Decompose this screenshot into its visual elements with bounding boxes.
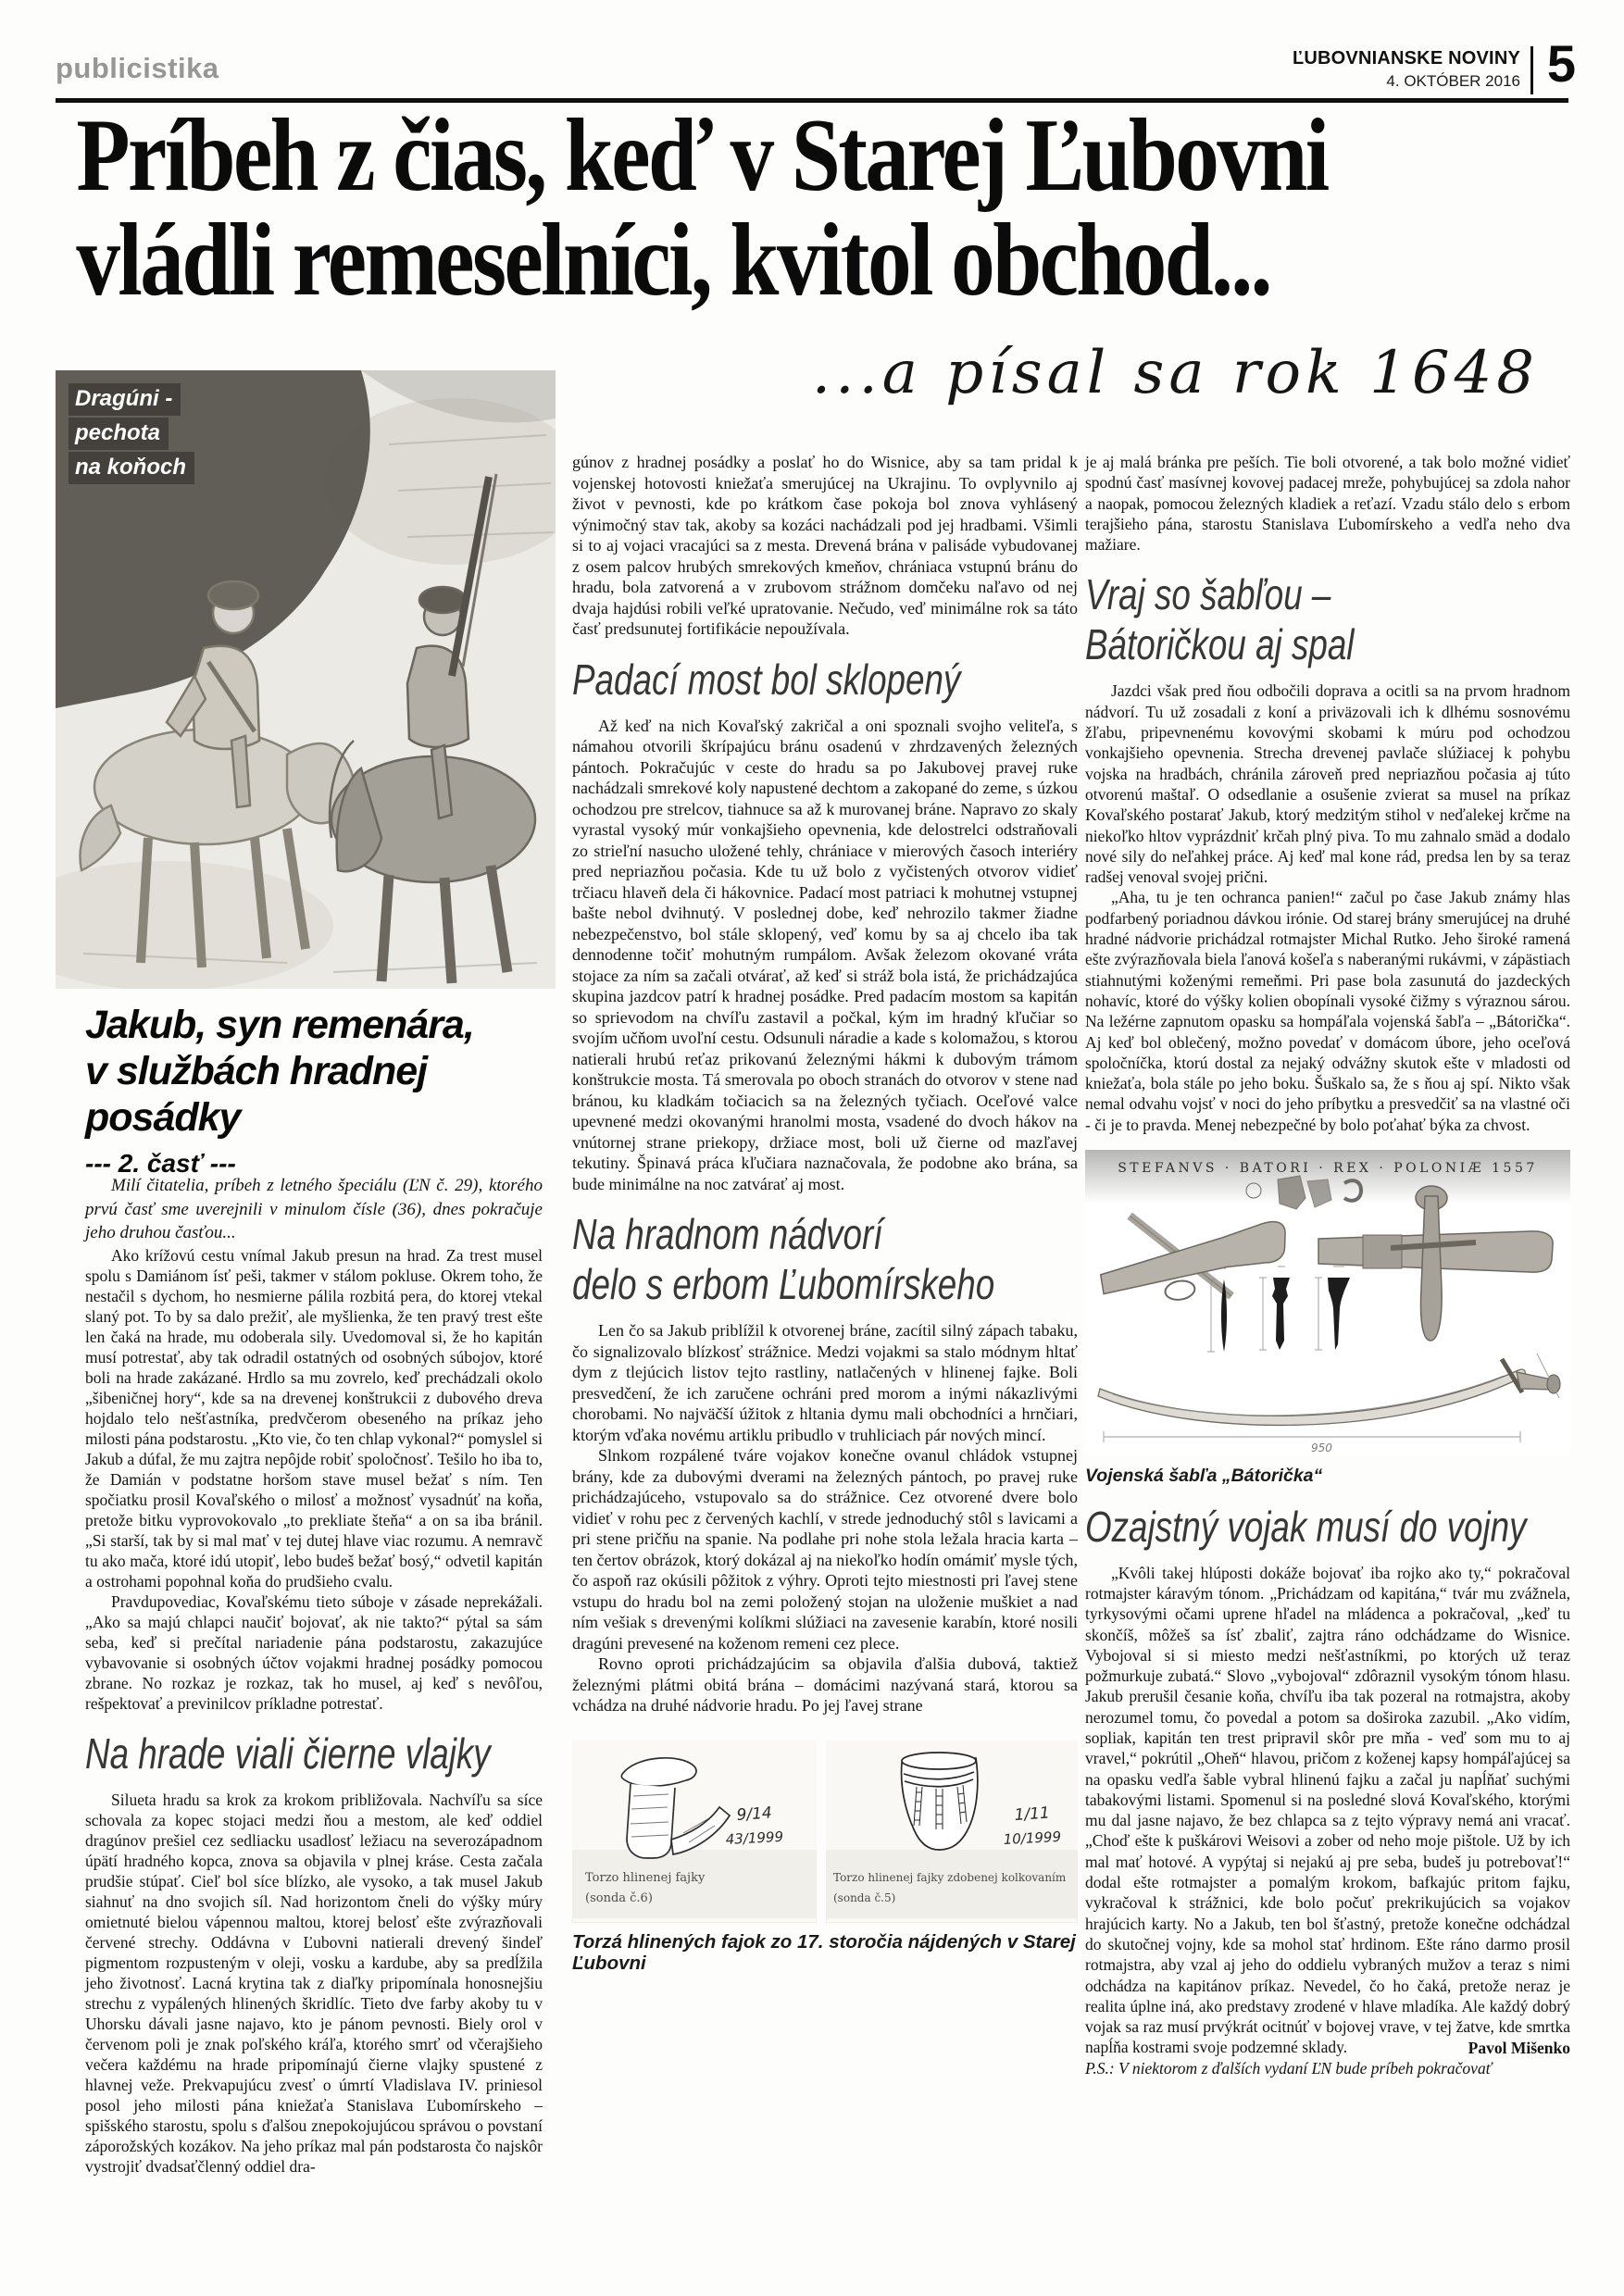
pipes-figure: 9/14 43/1999 Torzo hlinenej fajky (sonda… bbox=[572, 1741, 1078, 1924]
section-heading-bridge: Padací most bol sklopený bbox=[572, 655, 977, 705]
body-paragraph: je aj malá bránka pre peších. Tie boli o… bbox=[1085, 452, 1570, 555]
pipe-right-drawing: 1/11 10/1999 Torzo hlinenej fajky zdoben… bbox=[826, 1741, 1078, 1918]
article-title-line-2: v službách hradnej posádky bbox=[85, 1048, 543, 1141]
pipe-left-drawing: 9/14 43/1999 Torzo hlinenej fajky (sonda… bbox=[572, 1741, 817, 1918]
part-label: --- 2. časť --- bbox=[85, 1154, 543, 1174]
pipe-right-caption-line-2: (sonda č.5) bbox=[833, 1891, 895, 1904]
pipe-right-caption-line-1: Torzo hlinenej fajky zdobenej kolkovaním bbox=[833, 1871, 1067, 1884]
body-paragraph: Ako krížovú cestu vnímal Jakub presun na… bbox=[85, 1245, 543, 1591]
body-paragraph: Rovno oproti prichádzajúcim sa objavila … bbox=[572, 1653, 1078, 1716]
pipe-photo-right: 1/11 10/1999 Torzo hlinenej fajky zdoben… bbox=[826, 1741, 1078, 1924]
sabre-caption: Vojenská šabľa „Bátorička“ bbox=[1085, 1466, 1570, 1486]
body-paragraph: Silueta hradu sa krok za krokom približo… bbox=[85, 1790, 543, 2177]
masthead: ĽUBOVNIANSKE NOVINY 4. OKTÓBER 2016 bbox=[1293, 48, 1520, 91]
headline-line-2: vládli remeselníci, kvitol obchod... bbox=[76, 208, 1589, 313]
pipes-figure-caption: Torzá hlinených fajok zo 17. storočia ná… bbox=[572, 1932, 1078, 1974]
sabre-figure: STEFANVS · BATORI · REX · POLONIÆ 1557 bbox=[1085, 1150, 1570, 1462]
photo-label-line-1: Dragúni - bbox=[69, 383, 181, 416]
pipe-left-inventory-mark-2: 43/1999 bbox=[725, 1828, 783, 1847]
section-heading-war: Ozajstný vojak musí do vojny bbox=[1085, 1502, 1473, 1552]
column-2: gúnov z hradnej posádky a poslať ho do W… bbox=[572, 452, 1078, 1974]
column-3: je aj malá bránka pre peších. Tie boli o… bbox=[1085, 452, 1570, 2078]
body-paragraph: „Kvôli takej hlúposti dokáže bojovať iba… bbox=[1085, 1563, 1570, 2058]
ps-note: P.S.: V niektorom z ďalších vydaní ĽN bu… bbox=[1085, 2058, 1570, 2078]
masthead-divider bbox=[1530, 46, 1533, 94]
section-heading-courtyard-line-2: delo s erbom Ľubomírskeho bbox=[572, 1259, 977, 1309]
pipe-right-inventory-mark-2: 10/1999 bbox=[1003, 1828, 1061, 1847]
newspaper-page: publicistika ĽUBOVNIANSKE NOVINY 4. OKTÓ… bbox=[0, 0, 1624, 2296]
section-heading-sabre-line-2: Bátoričkou aj spal bbox=[1085, 619, 1473, 669]
article-title-line-1: Jakub, syn remenára, bbox=[85, 1002, 543, 1048]
photo-label: Dragúni - pechota na koňoch bbox=[69, 383, 194, 486]
pipe-photo-left: 9/14 43/1999 Torzo hlinenej fajky (sonda… bbox=[572, 1741, 817, 1924]
body-paragraph: Až keď na nich Kovaľský zakričal a oni s… bbox=[572, 716, 1078, 1195]
body-paragraph: gúnov z hradnej posádky a poslať ho do W… bbox=[572, 452, 1078, 640]
section-heading-sabre-line-1: Vraj so šabľou – bbox=[1085, 569, 1473, 619]
section-heading-flags: Na hrade viali čierne vlajky bbox=[85, 1728, 451, 1778]
pipe-right-inventory-mark-1: 1/11 bbox=[1014, 1803, 1050, 1825]
column-1: Jakub, syn remenára, v službách hradnej … bbox=[85, 1002, 543, 2177]
intro-paragraph: Milí čitatelia, príbeh z letného špeciál… bbox=[85, 1174, 543, 1245]
sabre-drawing: STEFANVS · BATORI · REX · POLONIÆ 1557 bbox=[1085, 1150, 1570, 1457]
body-paragraph: Slnkom rozpálené tváre vojakov konečne o… bbox=[572, 1445, 1078, 1653]
pipe-left-caption-line-1: Torzo hlinenej fajky bbox=[585, 1871, 706, 1885]
body-paragraph: Jazdci však pred ňou odbočili doprava a … bbox=[1085, 680, 1570, 887]
section-label: publicistika bbox=[56, 52, 219, 85]
horsemen-photo: Dragúni - pechota na koňoch bbox=[56, 370, 556, 989]
body-paragraph: Pravdupovediac, Kovaľskému tieto súboje … bbox=[85, 1591, 543, 1714]
main-headline: Príbeh z čias, keď v Starej Ľubovni vlád… bbox=[57, 104, 1589, 313]
headline-line-1: Príbeh z čias, keď v Starej Ľubovni bbox=[76, 104, 1589, 208]
photo-label-line-3: na koňoch bbox=[69, 452, 194, 484]
page-number: 5 bbox=[1547, 33, 1576, 94]
body-paragraph: Len čo sa Jakub priblížil k otvorenej br… bbox=[572, 1320, 1078, 1445]
sabre-dimension-label: 950 bbox=[1311, 1441, 1332, 1454]
article-title: Jakub, syn remenára, v službách hradnej … bbox=[85, 1002, 543, 1141]
sabre-inscription: STEFANVS · BATORI · REX · POLONIÆ 1557 bbox=[1118, 1161, 1538, 1176]
masthead-title: ĽUBOVNIANSKE NOVINY bbox=[1293, 48, 1520, 69]
script-subtitle: ...a písal sa rok 1648 bbox=[812, 339, 1539, 407]
photo-label-line-2: pechota bbox=[69, 418, 169, 450]
pipe-left-inventory-mark-1: 9/14 bbox=[736, 1803, 772, 1825]
section-heading-courtyard-line-1: Na hradnom nádvorí bbox=[572, 1209, 977, 1259]
body-paragraph: „Aha, tu je ten ochranca panien!“ začul … bbox=[1085, 887, 1570, 1135]
masthead-date: 4. OKTÓBER 2016 bbox=[1293, 72, 1520, 91]
pipe-left-caption-line-2: (sonda č.6) bbox=[585, 1891, 653, 1905]
